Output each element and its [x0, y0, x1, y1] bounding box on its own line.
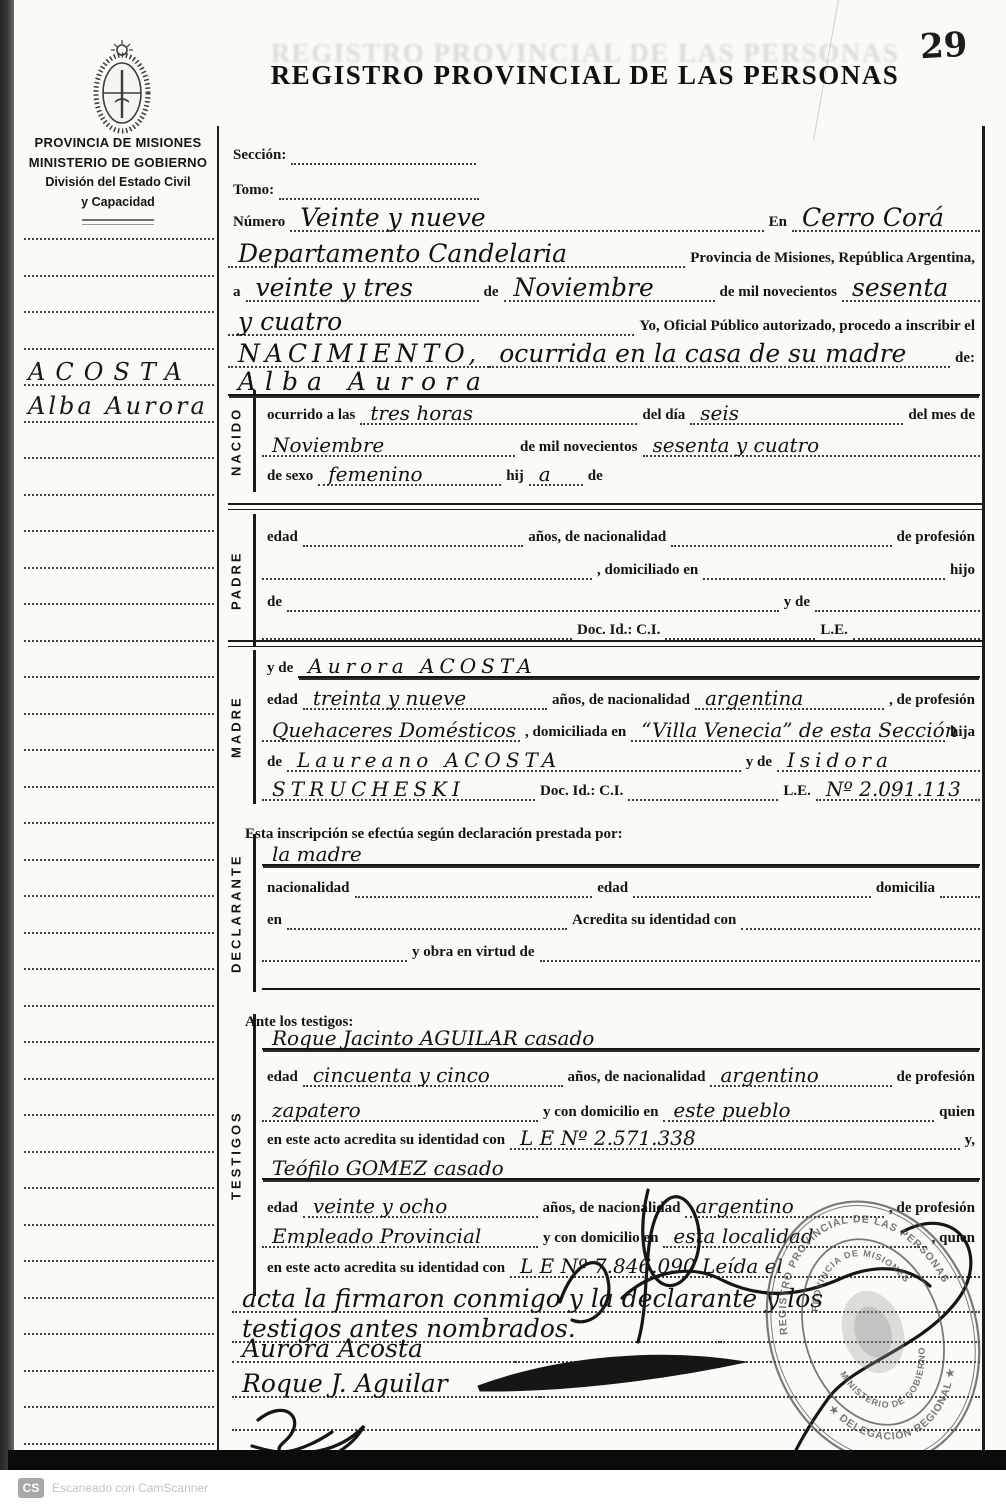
section-bar-madre [253, 650, 256, 804]
camscanner-text: Escaneado con CamScanner [52, 1481, 208, 1495]
printed-text: años, de nacionalidad [547, 691, 695, 710]
printed-text: y de [262, 659, 298, 678]
form-row: Empleado Provincialy con domicilio enest… [262, 1216, 980, 1248]
margin-ruling-line [24, 895, 214, 897]
blank-field [671, 545, 891, 547]
margin-ruling-line [24, 640, 214, 642]
form-row: Quehaceres Domésticos, domiciliada en“Vi… [262, 710, 980, 742]
margin-ruling-line [24, 1151, 214, 1153]
margin-ruling-line [24, 932, 214, 934]
handwritten-text: veinte y tres [246, 275, 479, 302]
printed-text: domicilia [871, 879, 940, 898]
handwritten-text: Noviembre [504, 275, 715, 302]
handwritten-text: sesenta [842, 275, 980, 302]
handwritten-text: Roque Jacinto AGUILAR casado [262, 1028, 980, 1050]
right-border-line [982, 126, 985, 1452]
margin-ruling-line [24, 1260, 214, 1262]
section-label-padre: PADRE [221, 514, 251, 646]
issuing-office-block: PROVINCIA DE MISIONES MINISTERIO DE GOBI… [20, 133, 216, 225]
printed-text: años, de nacionalidad [563, 1068, 711, 1087]
printed-text: , domiciliado en [592, 561, 703, 580]
blank-field [303, 545, 523, 547]
handwritten-text: L E Nº 2.571.338 [510, 1128, 960, 1150]
form-row: enAcredita su identidad con [262, 898, 980, 930]
printed-text: de profesión [892, 528, 980, 547]
sidebar-stamp-mark [82, 219, 154, 225]
form-row: y deAurora ACOSTA [262, 646, 980, 678]
handwritten-text: esta localidad [663, 1226, 926, 1248]
form-row: NúmeroVeinte y nueveEnCerro Corá [228, 198, 980, 232]
printed-text: Provincia de Misiones, República Argenti… [685, 249, 980, 268]
form-row: Departamento CandelariaProvincia de Misi… [228, 234, 980, 268]
printed-text: nacionalidad [262, 879, 355, 898]
coat-of-arms-icon [84, 36, 160, 140]
section-label-declarante: DECLARANTE [221, 834, 251, 992]
page-title: REGISTRO PROVINCIAL DE LAS PERSONAS [240, 60, 930, 91]
printed-text: En [764, 213, 792, 232]
handwritten-text: Empleado Provincial [262, 1226, 538, 1248]
margin-ruling-line [24, 786, 214, 788]
printed-text: edad [592, 879, 633, 898]
section-label-madre: MADRE [221, 650, 251, 804]
blank-field [628, 799, 778, 801]
section-label-testigos: TESTIGOS [221, 1014, 251, 1296]
org-line: División del Estado Civil [20, 173, 216, 192]
margin-ruling-line [24, 1443, 214, 1445]
form-row: , domiciliado enhijo [262, 548, 980, 580]
printed-text: Acredita su identidad con [567, 911, 741, 930]
handwritten-text: Departamento Candelaria [228, 241, 685, 268]
section-divider-rule [228, 503, 982, 510]
printed-text: ocurrido a las [262, 406, 360, 425]
margin-ruling-line [24, 968, 214, 970]
handwritten-text: Aurora ACOSTA [298, 656, 980, 678]
handwritten-text: tres horas [360, 403, 637, 425]
form-row: acta la firmaron conmigo y la declarante… [232, 1279, 980, 1313]
form-row: edadtreinta y nueveaños, de nacionalidad… [262, 678, 980, 710]
printed-text: en este acto acredita su identidad con [262, 1259, 510, 1278]
margin-ruling-line [24, 1187, 214, 1189]
printed-text: del mes de [903, 406, 980, 425]
form-row: Doc. Id.: C.I.L.E. [262, 608, 980, 640]
section-label-nacido: NACIDO [221, 390, 251, 492]
form-row: edadveinte y ochoaños, de nacionalidadar… [262, 1186, 980, 1218]
handwritten-text: Quehaceres Domésticos [262, 720, 520, 742]
handwritten-text: STRUCHESKI [262, 779, 535, 801]
printed-text: hijo [945, 561, 980, 580]
form-row: y cuatroYo, Oficial Público autorizado, … [228, 302, 980, 336]
printed-text: del día [637, 406, 690, 425]
handwritten-text: Teófilo GOMEZ casado [262, 1158, 980, 1180]
handwritten-text: Roque J. Aguilar [232, 1371, 540, 1398]
org-line: MINISTERIO DE GOBIERNO [20, 153, 216, 173]
margin-ruling-line [24, 1224, 214, 1226]
margin-ruling-line [24, 1333, 214, 1335]
form-row: Roque Jacinto AGUILAR casado [262, 1018, 980, 1050]
form-row: ocurrido a lastres horasdel díaseisdel m… [262, 393, 980, 425]
margin-ruling-line [24, 530, 214, 532]
org-line: y Capacidad [20, 193, 216, 212]
handwritten-text: seis [690, 403, 903, 425]
scan-footer: CS Escaneado con CamScanner [0, 1470, 1006, 1512]
form-row: STRUCHESKIDoc. Id.: C.I.L.E.Nº 2.091.113 [262, 769, 980, 801]
blank-field [262, 988, 980, 990]
handwritten-text: a [529, 464, 583, 486]
margin-ruling-line [24, 348, 214, 350]
margin-ruling-line [24, 1005, 214, 1007]
scan-edge-strip [0, 0, 14, 1470]
printed-text: edad [262, 1068, 303, 1087]
margin-ruling-line [24, 567, 214, 569]
section-bar-nacido [253, 390, 256, 492]
printed-text: L.E. [778, 782, 816, 801]
handwritten-text: argentino [685, 1196, 884, 1218]
printed-text: L.E. [815, 621, 853, 640]
form-row [232, 1399, 980, 1431]
form-row: Roque J. Aguilar [232, 1364, 980, 1398]
form-row: Sección: [228, 133, 980, 165]
margin-ruling-line [24, 1078, 214, 1080]
scan-bottom-edge [8, 1450, 1006, 1470]
printed-text: Doc. Id.: C.I. [535, 782, 628, 801]
handwritten-text: femenino [318, 464, 501, 486]
section-bar-declarante [253, 834, 256, 992]
printed-text: Sección: [228, 146, 291, 165]
printed-text: de [583, 467, 608, 486]
org-line: PROVINCIA DE MISIONES [20, 133, 216, 153]
printed-text: hij [501, 467, 529, 486]
handwritten-text: L E Nº 7.846.090 Leída el [510, 1256, 980, 1278]
printed-text: de sexo [262, 467, 318, 486]
form-row: deLaureano ACOSTAy deIsidora [262, 740, 980, 772]
margin-ruling-line [24, 494, 214, 496]
printed-text: de profesión [892, 1068, 980, 1087]
form-row: Alba Aurora [228, 362, 980, 396]
handwritten-text: “Villa Venecia” de esta Sección [631, 720, 945, 742]
margin-surname: ACOSTA [28, 358, 192, 386]
blank-field [232, 1429, 980, 1431]
margin-ruling-line [24, 749, 214, 751]
printed-text: de [479, 283, 504, 302]
printed-text: a [228, 283, 246, 302]
blank-field [262, 638, 572, 640]
margin-ruling-line [24, 603, 214, 605]
margin-divider-line [217, 126, 219, 1452]
blank-field [515, 1361, 980, 1363]
form-row [262, 958, 980, 990]
printed-text: edad [262, 691, 303, 710]
margin-ruling-line [24, 676, 214, 678]
handwritten-text: veinte y ocho [303, 1196, 538, 1218]
handwritten-text: argentino [710, 1065, 891, 1087]
camscanner-badge: CS [18, 1478, 44, 1498]
margin-ruling-line [24, 822, 214, 824]
handwritten-text: cincuenta y cinco [303, 1065, 563, 1087]
form-row: en este acto acredita su identidad conL … [262, 1246, 980, 1278]
form-row: Noviembrede mil novecientossesenta y cua… [262, 425, 980, 457]
handwritten-text: Veinte y nueve [290, 205, 763, 232]
handwritten-text: Cerro Corá [792, 205, 980, 232]
section-bar-testigos [253, 1014, 256, 1296]
margin-ruling-line [24, 275, 214, 277]
handwritten-text: Nº 2.091.113 [816, 779, 980, 801]
form-row: edadcincuenta y cincoaños, de nacionalid… [262, 1055, 980, 1087]
blank-field [665, 638, 815, 640]
page-number: 29 [919, 25, 968, 67]
blank-field [291, 163, 476, 165]
form-row: Teófilo GOMEZ casado [262, 1148, 980, 1180]
handwritten-text: la madre [262, 844, 980, 866]
form-row: Aurora Acosta [232, 1329, 980, 1363]
form-row: en este acto acredita su identidad conL … [262, 1118, 980, 1150]
margin-ruling-line [24, 238, 214, 240]
blank-field [540, 1396, 980, 1398]
printed-text: de mil novecientos [715, 283, 843, 302]
printed-text: en [262, 911, 287, 930]
form-row: aveinte y tresdeNoviembrede mil novecien… [228, 268, 980, 302]
form-row: de sexofemeninohijade [262, 454, 980, 486]
margin-ruling-line [24, 1041, 214, 1043]
handwritten-text: Aurora Acosta [232, 1336, 515, 1363]
margin-ruling-line [24, 1370, 214, 1372]
form-row: la madre [262, 834, 980, 866]
blank-field [853, 638, 980, 640]
form-row: nacionalidadedaddomicilia [262, 866, 980, 898]
printed-text: Número [228, 213, 290, 232]
margin-ruling-line [24, 1297, 214, 1299]
handwritten-text: treinta y nueve [303, 688, 547, 710]
handwritten-text: Alba Aurora [228, 369, 980, 396]
margin-ruling-line [24, 311, 214, 313]
form-row: edadaños, de nacionalidadde profesión [262, 515, 980, 547]
margin-ruling-line [24, 859, 214, 861]
margin-ruling-line [24, 1406, 214, 1408]
printed-text: , de profesión [884, 691, 980, 710]
printed-text: Doc. Id.: C.I. [572, 621, 665, 640]
margin-ruling-line [24, 713, 214, 715]
margin-given-name: Alba Aurora [28, 392, 208, 420]
margin-ruling-line [24, 1114, 214, 1116]
handwritten-text: y cuatro [228, 309, 634, 336]
printed-text: edad [262, 528, 303, 547]
handwritten-text: argentina [695, 688, 884, 710]
margin-ruling-line [24, 457, 214, 459]
camscanner-watermark: CS Escaneado con CamScanner [18, 1478, 1006, 1498]
printed-text: años, de nacionalidad [523, 528, 671, 547]
section-bar-padre [253, 514, 256, 646]
form-row: Tomo: [228, 168, 980, 200]
margin-ruling-line [24, 421, 214, 423]
